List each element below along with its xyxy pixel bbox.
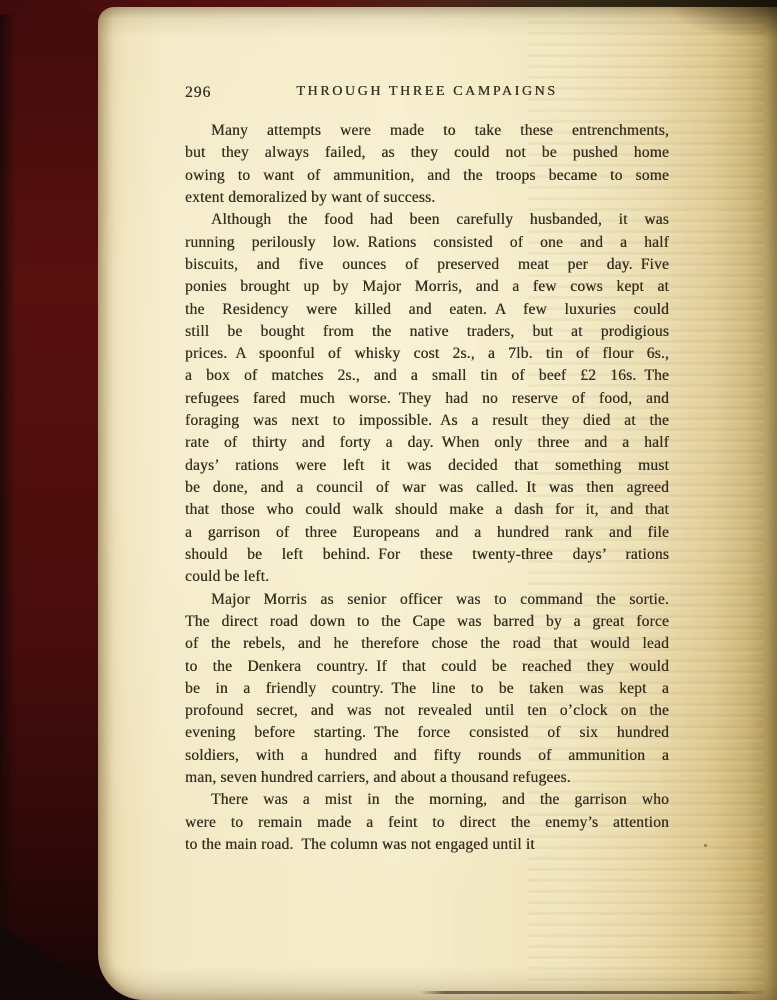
text-line: be in a friendly country. The line to be… [185,678,669,700]
text-line: that those who could walk should make a … [185,499,669,521]
text-line: running perilously low. Rations consiste… [185,232,669,254]
text-line: biscuits, and five ounces of preserved m… [185,254,669,276]
book-photo: 296 THROUGH THREE CAMPAIGNS Many attempt… [0,0,777,1000]
lower-page-edge-line [420,991,764,994]
text-line: profound secret, and was not revealed un… [185,700,669,722]
text-line: Major Morris as senior officer was to co… [185,589,669,611]
paragraph: There was a mist in the morning, and the… [185,789,669,856]
text-line: could be left. [185,566,669,588]
text-line: Many attempts were made to take these en… [185,120,669,142]
page-corner-shade [627,7,777,53]
text-line: rate of thirty and forty a day. When onl… [185,432,669,454]
text-line: The direct road down to the Cape was bar… [185,611,669,633]
text-line: be done, and a council of war was called… [185,477,669,499]
text-line: There was a mist in the morning, and the… [185,789,669,811]
text-line: but they always failed, as they could no… [185,142,669,164]
text-line: ponies brought up by Major Morris, and a… [185,276,669,298]
text-line: man, seven hundred carriers, and about a… [185,767,669,789]
page-text: 296 THROUGH THREE CAMPAIGNS Many attempt… [185,84,669,856]
text-line: the Residency were killed and eaten. A f… [185,299,669,321]
text-line: still be bought from the native traders,… [185,321,669,343]
page-number: 296 [185,84,211,102]
running-title: THROUGH THREE CAMPAIGNS [185,84,669,100]
paragraph: Major Morris as senior officer was to co… [185,589,669,790]
text-line: owing to want of ammunition, and the tro… [185,165,669,187]
text-line: evening before starting. The force consi… [185,722,669,744]
text-line: extent demoralized by want of success. [185,187,669,209]
text-line: prices. A spoonful of whisky cost 2s., a… [185,343,669,365]
text-line: to the main road. The column was not eng… [185,834,669,856]
paragraph: Many attempts were made to take these en… [185,120,669,209]
running-header: 296 THROUGH THREE CAMPAIGNS [185,84,669,104]
text-line: to the Denkera country. If that could be… [185,656,669,678]
stacked-page-edges [0,0,112,1000]
text-line: foraging was next to impossible. As a re… [185,410,669,432]
text-line: were to remain made a feint to direct th… [185,812,669,834]
text-line: refugees fared much worse. They had no r… [185,388,669,410]
text-line: days’ rations were left it was decided t… [185,455,669,477]
text-line: of the rebels, and he therefore chose th… [185,633,669,655]
paragraph: Although the food had been carefully hus… [185,209,669,588]
text-line: soldiers, with a hundred and fifty round… [185,745,669,767]
text-line: Although the food had been carefully hus… [185,209,669,231]
text-line: a box of matches 2s., and a small tin of… [185,365,669,387]
text-line: should be left behind. For these twenty-… [185,544,669,566]
text-body: Many attempts were made to take these en… [185,120,669,856]
text-line: a garrison of three Europeans and a hund… [185,522,669,544]
spine-shadow [0,0,16,1000]
ink-speck [704,844,707,847]
